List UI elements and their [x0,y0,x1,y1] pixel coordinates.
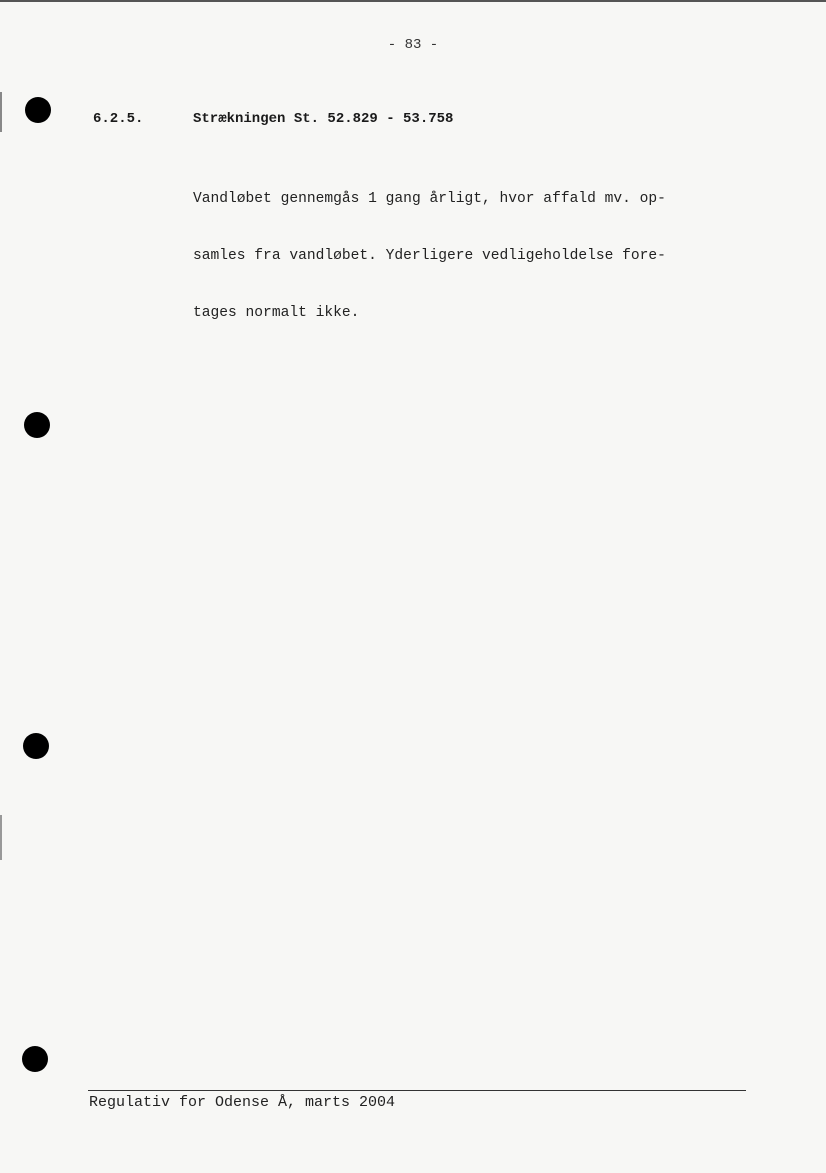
body-paragraph: Vandløbet gennemgås 1 gang årligt, hvor … [193,152,666,342]
section-number: 6.2.5. [93,111,193,127]
body-line: tages normalt ikke. [193,304,666,323]
scan-top-edge [0,0,826,2]
scan-left-edge [0,92,2,132]
punch-hole [23,733,49,759]
section-title: Strækningen St. 52.829 - 53.758 [193,111,453,127]
body-line: Vandløbet gennemgås 1 gang årligt, hvor … [193,190,666,209]
page-number: - 83 - [0,37,826,53]
footer-text: Regulativ for Odense Å, marts 2004 [89,1094,395,1111]
punch-hole [25,97,51,123]
scan-left-edge [0,815,2,860]
footer-divider [88,1090,746,1091]
body-line: samles fra vandløbet. Yderligere vedlige… [193,247,666,266]
punch-hole [22,1046,48,1072]
punch-hole [24,412,50,438]
section-heading: 6.2.5.Strækningen St. 52.829 - 53.758 [93,111,453,127]
